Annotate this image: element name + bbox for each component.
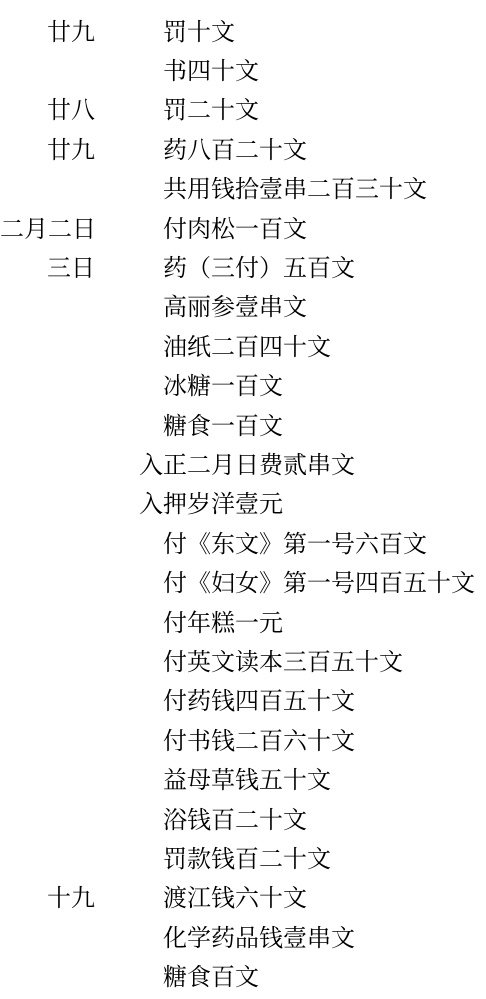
entry-date: 廿九 (0, 139, 95, 163)
ledger-row: 十九 渡江钱六十文 (0, 880, 486, 919)
entry-text: 益母草钱五十文 (139, 769, 331, 793)
ledger-row: 付书钱二百六十文 (0, 722, 486, 761)
entry-text: 罚款钱百二十文 (139, 848, 331, 872)
ledger-page: 廿九 罚十文 书四十文 廿八 罚二十文 廿九 药八百二十文 共用钱拾壹串二百三十… (0, 0, 486, 999)
ledger-row: 油纸二百四十文 (0, 328, 486, 367)
entry-text: 付《妇女》第一号四百五十文 (139, 572, 475, 596)
entry-text: 浴钱百二十文 (139, 809, 307, 833)
ledger-row: 糖食一百文 (0, 407, 486, 446)
entry-date: 三日 (0, 257, 95, 281)
entry-text: 罚十文 (139, 21, 235, 45)
ledger-row: 化学药品钱壹串文 (0, 919, 486, 958)
ledger-row: 付年糕一元 (0, 604, 486, 643)
ledger-row: 罚款钱百二十文 (0, 840, 486, 879)
entry-text: 药（三付）五百文 (139, 257, 355, 281)
entry-text: 药八百二十文 (139, 139, 307, 163)
entry-text: 罚二十文 (139, 99, 259, 123)
entry-text: 入押岁洋壹元 (139, 493, 283, 517)
ledger-row: 入正二月日费贰串文 (0, 446, 486, 485)
ledger-row: 廿九 药八百二十文 (0, 131, 486, 170)
entry-text: 油纸二百四十文 (139, 336, 331, 360)
ledger-row: 付《妇女》第一号四百五十文 (0, 564, 486, 603)
ledger-row: 冰糖一百文 (0, 368, 486, 407)
ledger-row: 糖食百文 (0, 958, 486, 997)
entry-date: 廿九 (0, 21, 95, 45)
ledger-row: 共用钱拾壹串二百三十文 (0, 171, 486, 210)
entry-text: 入正二月日费贰串文 (139, 454, 355, 478)
ledger-row: 高丽参壹串文 (0, 289, 486, 328)
entry-date: 廿八 (0, 99, 95, 123)
ledger-row: 廿八 罚二十文 (0, 92, 486, 131)
entry-text: 糖食百文 (139, 966, 259, 990)
ledger: 廿九 罚十文 书四十文 廿八 罚二十文 廿九 药八百二十文 共用钱拾壹串二百三十… (0, 13, 486, 998)
ledger-row: 付药钱四百五十文 (0, 683, 486, 722)
ledger-row: 付英文读本三百五十文 (0, 643, 486, 682)
entry-text: 付肉松一百文 (139, 218, 307, 242)
entry-date: 二月二日 (0, 218, 95, 242)
ledger-row: 浴钱百二十文 (0, 801, 486, 840)
ledger-row: 付《东文》第一号六百文 (0, 525, 486, 564)
entry-text: 高丽参壹串文 (139, 296, 307, 320)
entry-text: 书四十文 (139, 60, 259, 84)
entry-text: 渡江钱六十文 (139, 887, 307, 911)
ledger-row: 书四十文 (0, 52, 486, 91)
entry-date: 十九 (0, 887, 95, 911)
entry-text: 付书钱二百六十文 (139, 730, 355, 754)
entry-text: 糖食一百文 (139, 415, 283, 439)
entry-text: 冰糖一百文 (139, 375, 283, 399)
ledger-row: 三日 药（三付）五百文 (0, 249, 486, 288)
entry-text: 付药钱四百五十文 (139, 690, 355, 714)
entry-text: 付英文读本三百五十文 (139, 651, 403, 675)
entry-text: 付《东文》第一号六百文 (139, 533, 427, 557)
ledger-row: 益母草钱五十文 (0, 761, 486, 800)
entry-text: 化学药品钱壹串文 (139, 927, 355, 951)
entry-text: 共用钱拾壹串二百三十文 (139, 178, 427, 202)
ledger-row: 入押岁洋壹元 (0, 486, 486, 525)
ledger-row: 廿九 罚十文 (0, 13, 486, 52)
entry-text: 付年糕一元 (139, 612, 283, 636)
ledger-row: 二月二日 付肉松一百文 (0, 210, 486, 249)
